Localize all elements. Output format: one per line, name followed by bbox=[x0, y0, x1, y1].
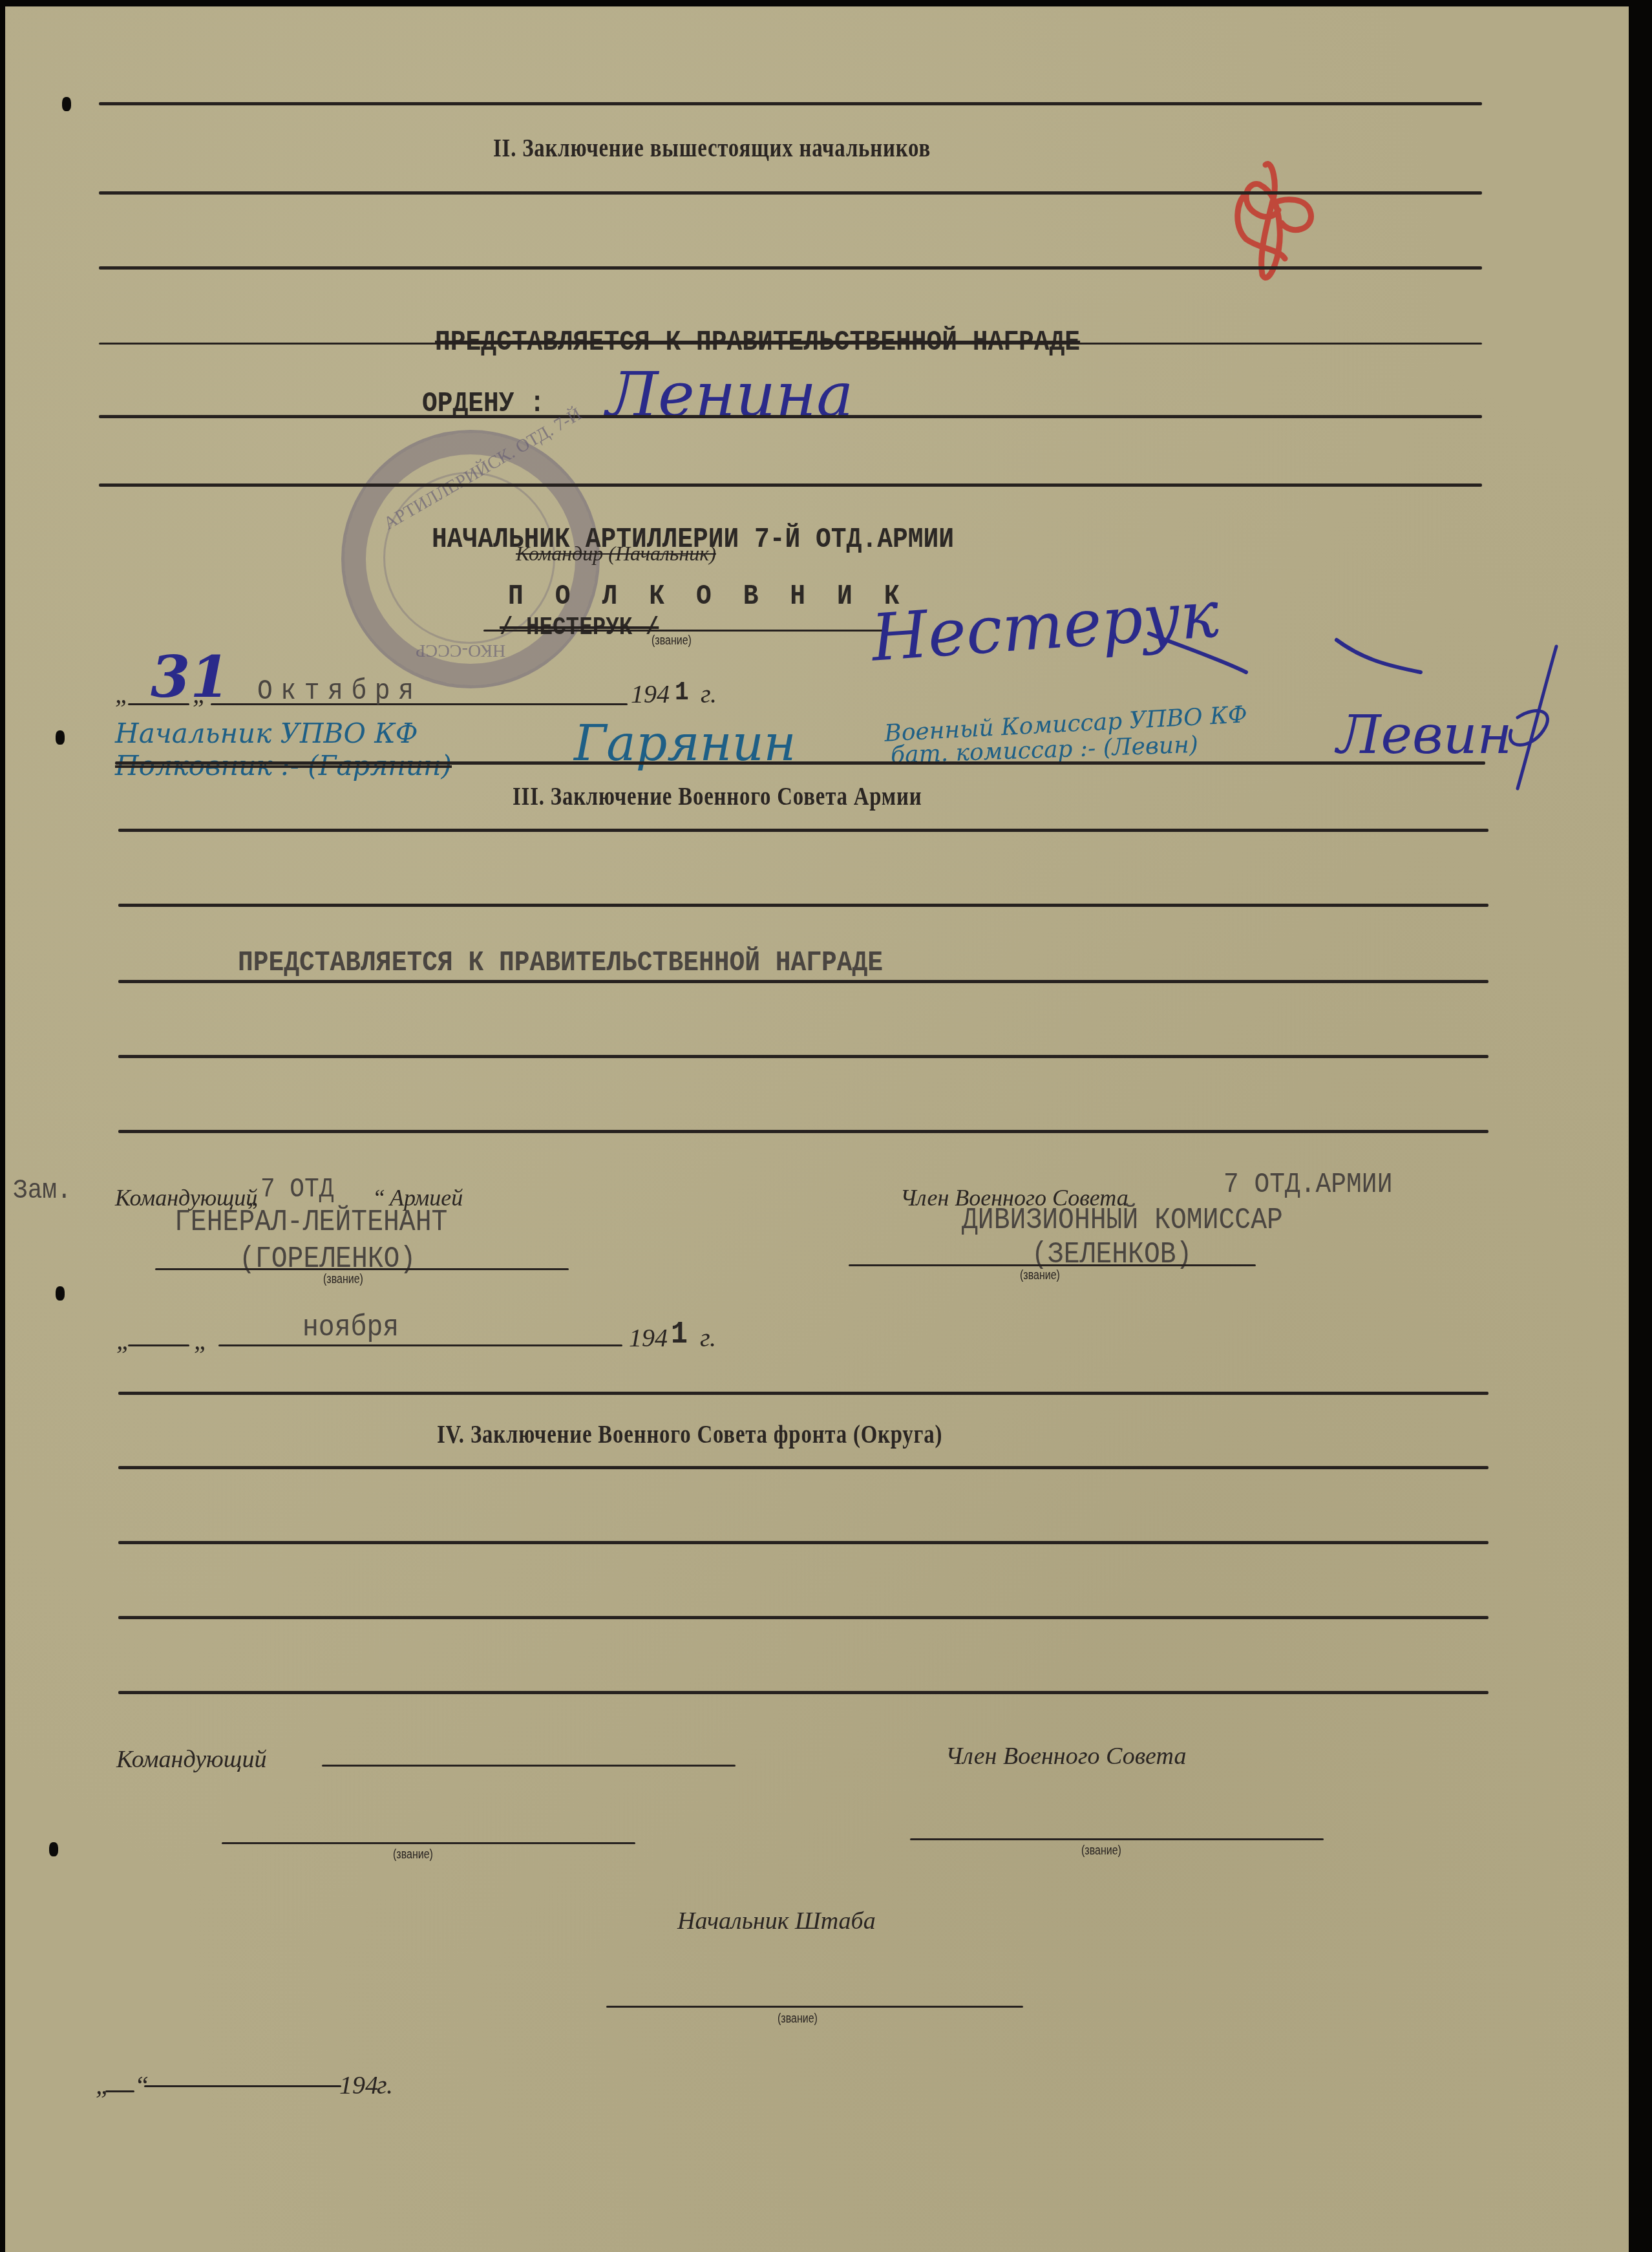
form-rule bbox=[118, 1616, 1488, 1619]
front-council-member-caption: (звание) bbox=[1081, 1843, 1121, 1858]
date-open-quote: „ bbox=[115, 679, 129, 709]
rank-caption: (звание) bbox=[651, 633, 692, 648]
commander-army-typed: 7 ОТД bbox=[260, 1174, 334, 1205]
document-page: II. Заключение вышестоящих начальников П… bbox=[5, 6, 1629, 2252]
form-rule bbox=[99, 102, 1482, 105]
council-member-caption: (звание) bbox=[1020, 1268, 1060, 1283]
chief-of-staff-label: Начальник Штаба bbox=[677, 1907, 876, 1935]
front-council-member-label: Член Военного Совета bbox=[946, 1742, 1186, 1770]
form-rule bbox=[118, 1392, 1488, 1395]
signature-levin: Левин bbox=[1337, 705, 1512, 766]
signature-flourish-icon bbox=[1492, 640, 1569, 795]
section-2-heading: II. Заключение вышестоящих начальников bbox=[493, 133, 931, 163]
front-commander-label: Командующий bbox=[116, 1745, 267, 1774]
date2-year-prefix: 194 bbox=[629, 1323, 668, 1353]
punch-hole bbox=[56, 730, 65, 745]
date2-day-line bbox=[128, 1344, 189, 1346]
commander-name-typed: (ГОРЕЛЕНКО) bbox=[239, 1242, 416, 1276]
upvo-chief-title: Начальник УПВО КФ bbox=[115, 717, 418, 749]
punch-hole bbox=[56, 1286, 65, 1301]
rank-typed: П О Л К О В Н И К bbox=[508, 580, 907, 613]
date2-open-quote: „ bbox=[116, 1325, 131, 1355]
form-rule bbox=[99, 191, 1482, 195]
form-rule bbox=[118, 1541, 1488, 1544]
date2-year-unit: г. bbox=[700, 1323, 716, 1353]
position-caption: Командир (Начальник) bbox=[516, 542, 716, 566]
date-year-unit: г. bbox=[701, 679, 717, 709]
form-rule bbox=[118, 1055, 1488, 1058]
form-rule bbox=[99, 266, 1482, 270]
stamp-ring-text-bottom: НКО-СССР bbox=[416, 640, 505, 661]
form-rule bbox=[118, 980, 1488, 983]
date3-day-line bbox=[105, 2090, 134, 2092]
deputy-prefix: Зам. bbox=[13, 1175, 72, 1206]
date3-open-quote: „ bbox=[96, 2070, 110, 2100]
form-rule bbox=[99, 483, 1482, 487]
form-rule bbox=[483, 630, 884, 632]
upvo-chief-rank-name: Полковник :- (Гарянин) bbox=[115, 750, 452, 781]
form-rule bbox=[118, 1691, 1488, 1694]
council-member-name-typed: (ЗЕЛЕНКОВ) bbox=[1032, 1238, 1192, 1271]
form-rule bbox=[99, 343, 1482, 345]
army-council-conclusion: ПРЕДСТАВЛЯЕТСЯ К ПРАВИТЕЛЬСТВЕННОЙ НАГРА… bbox=[238, 947, 883, 979]
form-rule bbox=[99, 415, 1482, 418]
punch-hole bbox=[62, 97, 71, 111]
name-typed: / НЕСТЕРУК / bbox=[500, 614, 659, 642]
red-pencil-mark-icon bbox=[1220, 158, 1337, 281]
date-day-handwritten: 31 bbox=[151, 643, 229, 710]
council-member-army-typed: 7 ОТД.АРМИИ bbox=[1223, 1169, 1392, 1201]
front-commander-signature-line bbox=[322, 1765, 736, 1767]
date3-year-unit: г. bbox=[377, 2070, 393, 2100]
front-commander-caption: (звание) bbox=[393, 1847, 433, 1862]
form-rule bbox=[118, 904, 1488, 907]
council-member-rank-typed: ДИВИЗИОННЫЙ КОМИССАР bbox=[962, 1204, 1283, 1237]
date-close-quote: „ bbox=[193, 679, 207, 709]
chief-of-staff-caption: (звание) bbox=[778, 2012, 818, 2026]
date-year-prefix: 194 bbox=[631, 679, 670, 709]
section-4-heading: IV. Заключение Военного Совета фронта (О… bbox=[437, 1419, 942, 1449]
form-rule bbox=[155, 1268, 569, 1270]
chief-of-staff-rank-line bbox=[606, 2006, 1023, 2008]
date3-year-prefix: 194 bbox=[339, 2070, 378, 2100]
front-commander-rank-line bbox=[222, 1842, 635, 1844]
date2-month: ноября bbox=[302, 1311, 399, 1344]
date3-month-line bbox=[144, 2085, 341, 2087]
section-3-heading: III. Заключение Военного Совета Армии bbox=[513, 781, 922, 811]
form-rule bbox=[118, 1130, 1488, 1133]
front-council-member-rank-line bbox=[910, 1838, 1324, 1840]
form-rule bbox=[118, 1466, 1488, 1469]
punch-hole bbox=[49, 1842, 58, 1856]
date2-year-suffix: 1 bbox=[671, 1317, 688, 1352]
commander-rank-typed: ГЕНЕРАЛ-ЛЕЙТЕНАНТ bbox=[175, 1206, 447, 1239]
form-rule bbox=[115, 761, 1485, 765]
date-month: Октября bbox=[257, 675, 422, 708]
order-value-handwritten: Ленина bbox=[606, 359, 853, 431]
form-rule bbox=[849, 1264, 1256, 1266]
date-year-suffix: 1 bbox=[675, 679, 689, 708]
commander-caption: (звание) bbox=[323, 1272, 363, 1287]
date2-month-line bbox=[218, 1344, 622, 1346]
form-rule bbox=[118, 829, 1488, 832]
date2-close-quote: „ bbox=[194, 1325, 208, 1355]
